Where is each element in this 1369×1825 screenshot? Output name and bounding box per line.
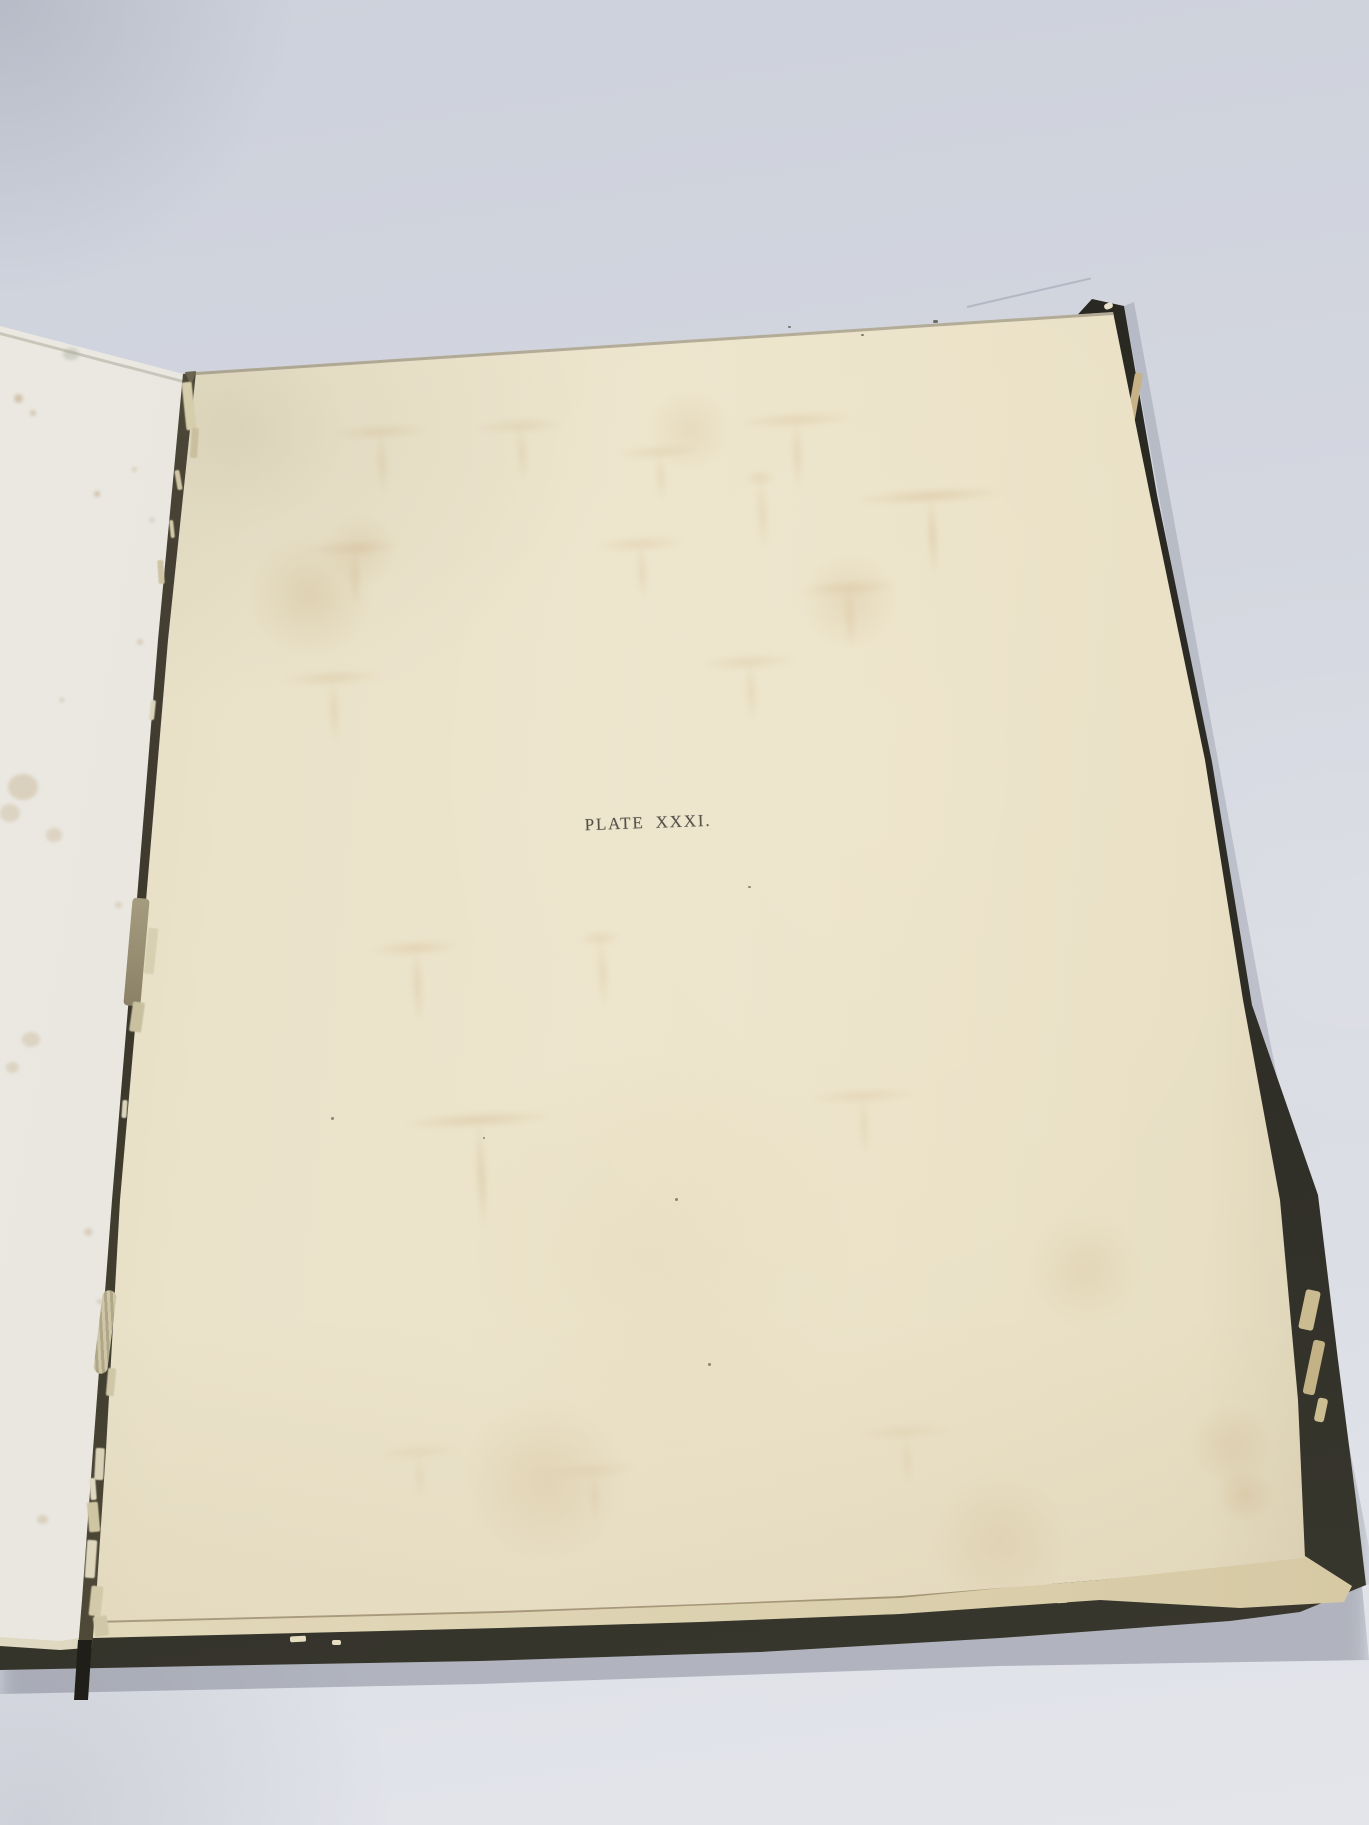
- gutter-fray: [93, 1615, 110, 1637]
- edge-chip: [788, 326, 791, 328]
- book-photograph: PLATE XXXI.: [0, 0, 1369, 1825]
- foxing-spot: [132, 467, 137, 472]
- foxing-spot: [84, 1228, 93, 1236]
- foxing-spot: [46, 828, 62, 842]
- ghost-mark: [580, 929, 621, 947]
- edge-chip: [861, 334, 864, 336]
- ink-speck: [331, 1117, 334, 1120]
- foxing-spot: [137, 639, 143, 645]
- foxing-spot: [94, 491, 100, 497]
- foxing-spot: [37, 1515, 48, 1524]
- gutter-fray: [94, 1448, 105, 1480]
- cover-edge-chip: [290, 1636, 306, 1643]
- edge-chip: [933, 320, 938, 323]
- foxing-spot: [0, 804, 20, 822]
- foxing-spot: [115, 902, 122, 908]
- foxing-spot: [22, 1032, 40, 1047]
- ghost-mark: [745, 469, 776, 487]
- foxing-spot: [60, 698, 64, 702]
- ink-speck: [483, 1137, 485, 1139]
- foxing-spot: [30, 410, 36, 416]
- foxing-spot: [150, 518, 154, 522]
- cover-edge-chip: [332, 1640, 341, 1645]
- foxing-spot: [6, 1062, 19, 1073]
- ink-speck: [708, 1363, 711, 1366]
- ink-speck: [675, 1198, 678, 1201]
- foxing-spot: [14, 394, 23, 403]
- ink-speck: [748, 886, 751, 888]
- plate-label: PLATE XXXI.: [578, 812, 719, 834]
- foxing-spot: [63, 348, 79, 360]
- foxing-spot: [8, 774, 38, 800]
